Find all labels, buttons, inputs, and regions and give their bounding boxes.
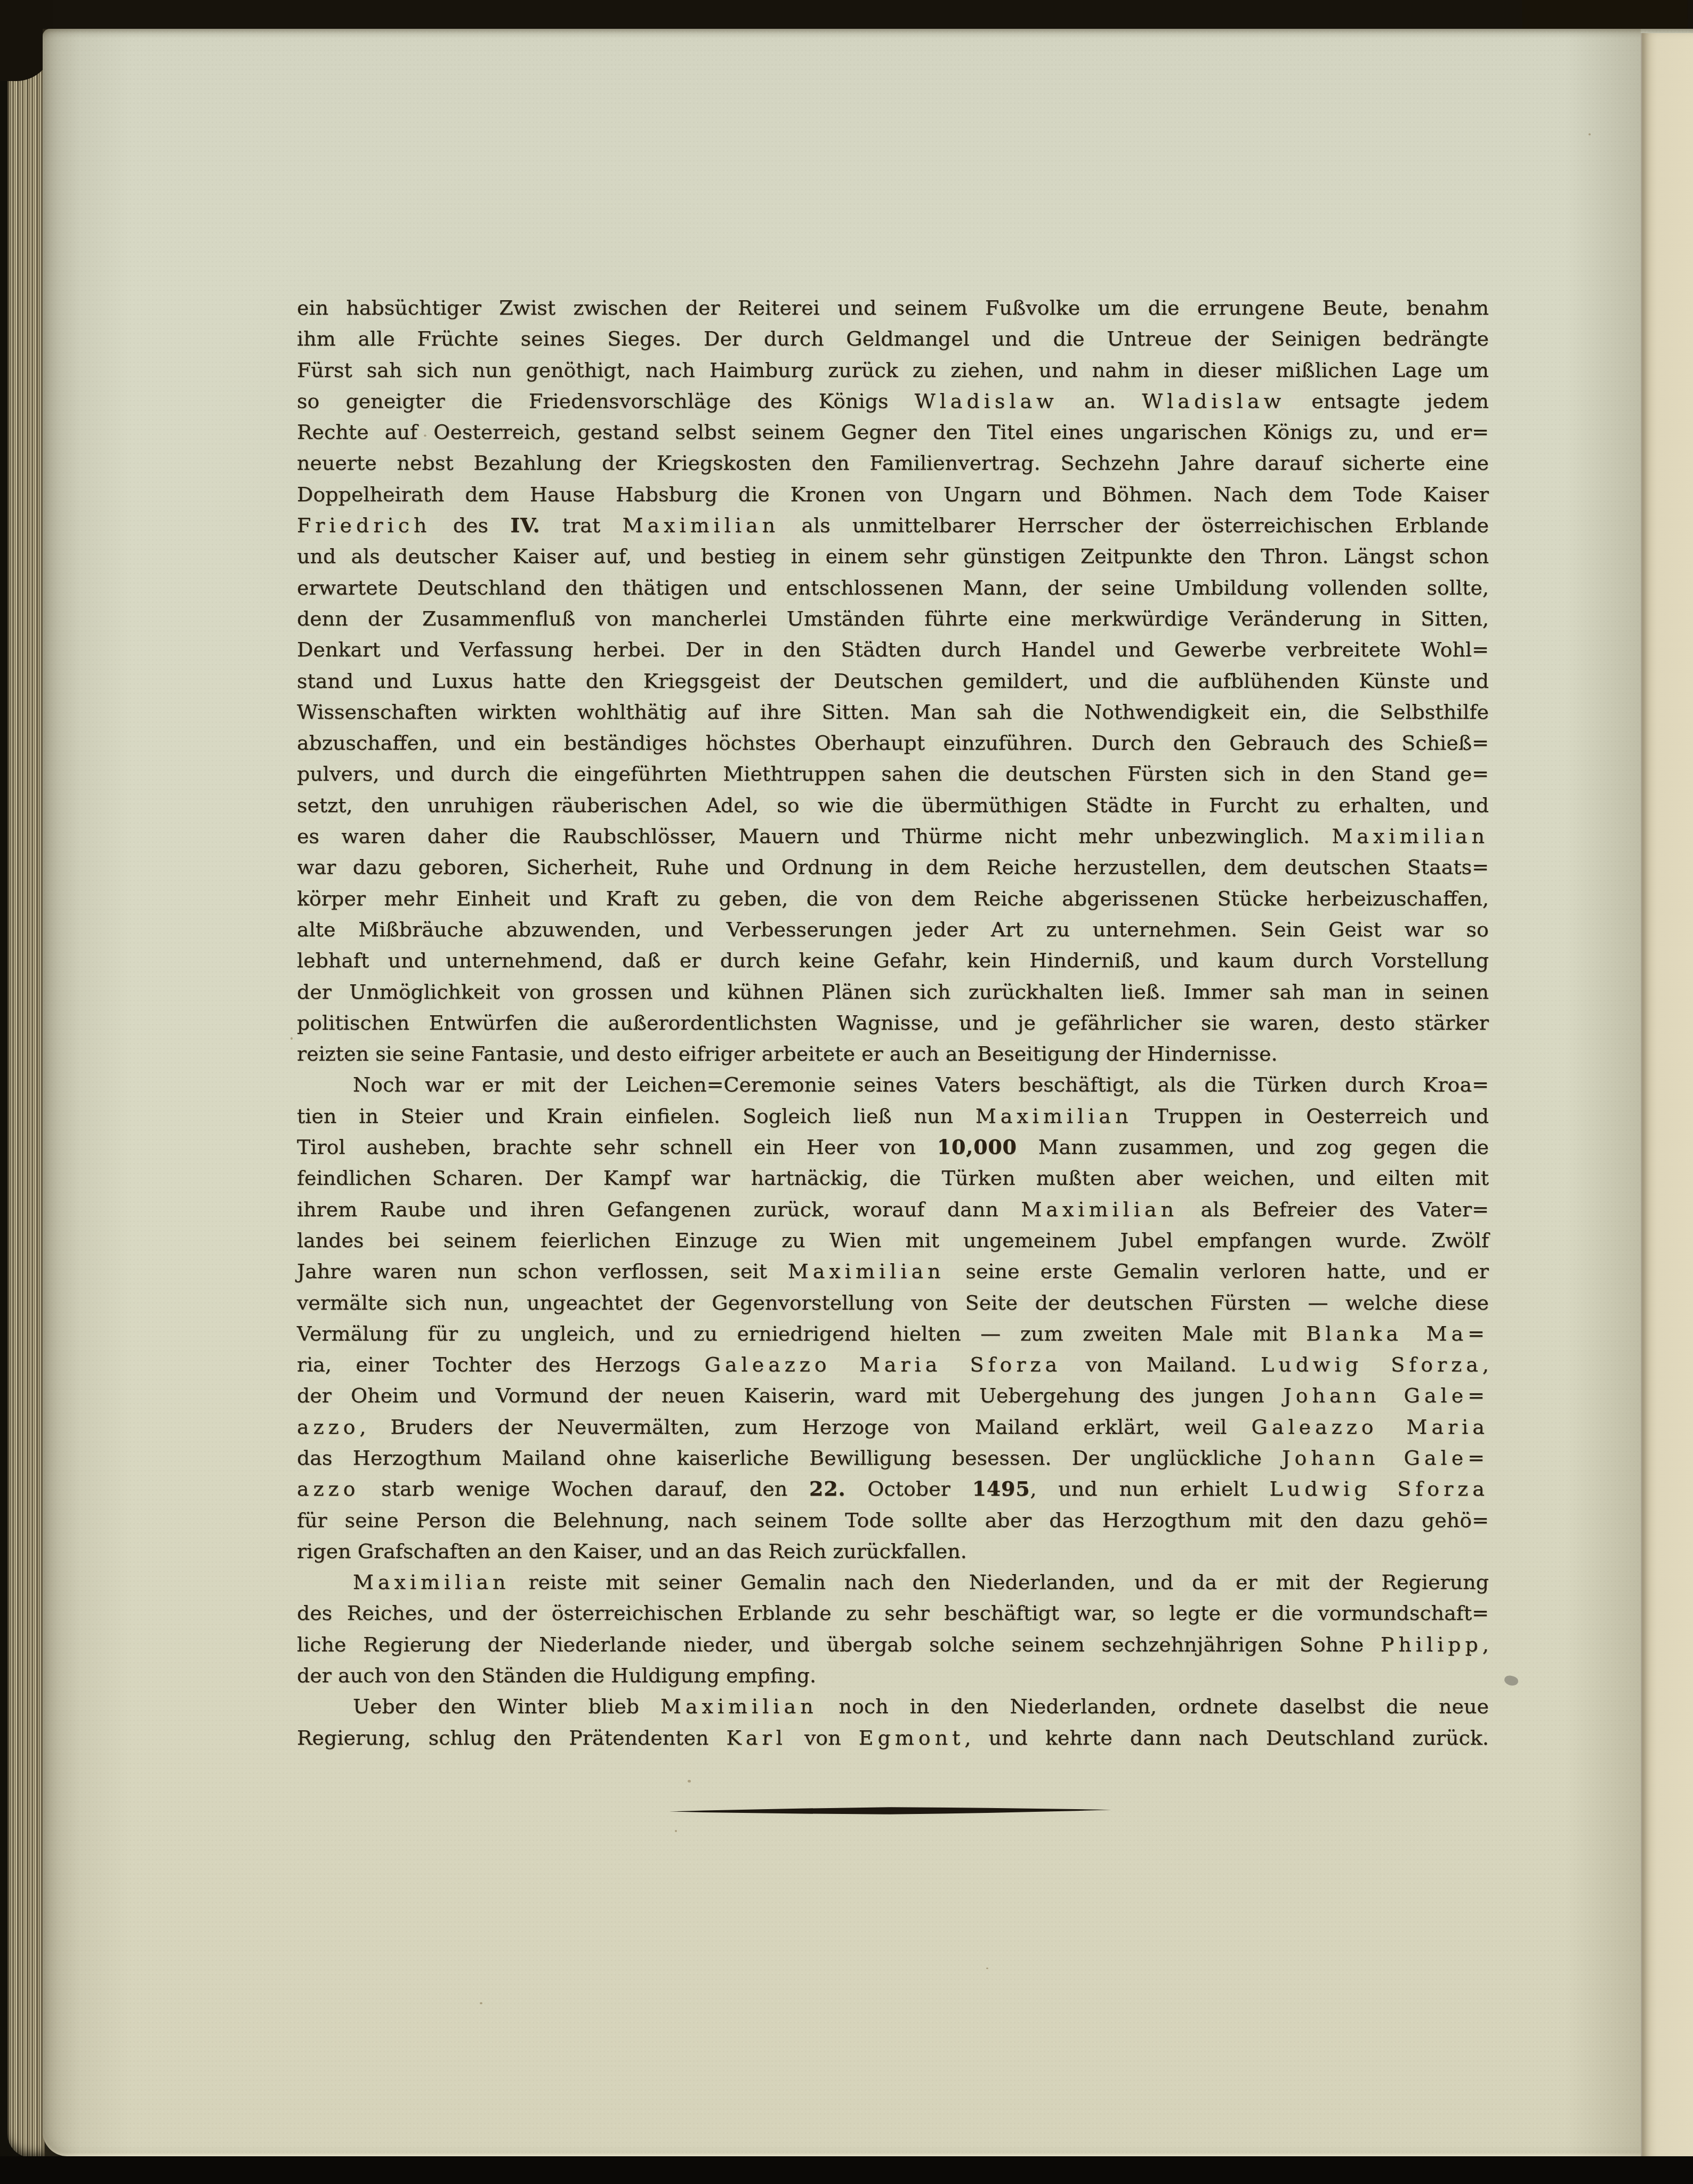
spaced-name: Maximilian <box>660 1695 818 1718</box>
text-line: körper mehr Einheit und Kraft zu geben, … <box>297 883 1489 914</box>
spaced-name: Galeazzo Maria <box>1252 1415 1489 1439</box>
spaced-name: Maximilian <box>788 1259 945 1283</box>
text-segment: neuerte nebst Bezahlung der Kriegskosten… <box>297 451 1489 475</box>
paper-speck <box>480 2002 482 2004</box>
text-line: ria, einer Tochter des Herzogs Galeazzo … <box>297 1349 1489 1380</box>
spaced-name: Wladislaw <box>915 389 1058 413</box>
text-segment: stand und Luxus hatte den Kriegsgeist de… <box>297 669 1489 693</box>
text-segment: abzuschaffen, und ein beständiges höchst… <box>297 731 1489 754</box>
antiqua-number: IV. <box>510 513 540 537</box>
text-segment: so geneigter die Friedensvorschläge des … <box>297 389 915 413</box>
spaced-name: Johann Gale= <box>1282 1446 1489 1470</box>
text-segment: landes bei seinem feierlichen Einzuge zu… <box>297 1228 1489 1252</box>
text-segment: für seine Person die Belehnung, nach sei… <box>297 1508 1489 1532</box>
text-line: abzuschaffen, und ein beständiges höchst… <box>297 727 1489 758</box>
paper-speck <box>1142 1146 1144 1149</box>
text-segment: von Mailand. <box>1061 1353 1261 1376</box>
text-line: azzo, Bruders der Neuvermälten, zum Herz… <box>297 1411 1489 1442</box>
text-segment: der Oheim und Vormund der neuen Kaiserin… <box>297 1384 1284 1407</box>
antiqua-number: 1495 <box>972 1476 1030 1500</box>
text-line: Regierung, schlug den Prätendenten Karl … <box>297 1722 1489 1753</box>
text-line: alte Mißbräuche abzuwenden, und Verbesse… <box>297 914 1489 945</box>
text-segment: , <box>1482 1633 1489 1656</box>
text-segment: October <box>845 1477 972 1500</box>
text-segment: starb wenige Wochen darauf, den <box>360 1477 810 1500</box>
page-curvature-shade <box>1566 29 1641 2156</box>
text-segment: rigen Grafschaften an den Kaiser, und an… <box>297 1539 967 1563</box>
text-segment: noch in den Niederlanden, ordnete daselb… <box>818 1695 1489 1718</box>
text-line: denn der Zusammenfluß von mancherlei Ums… <box>297 603 1489 634</box>
text-segment: setzt, den unruhigen räuberischen Adel, … <box>297 793 1489 817</box>
text-segment: feindlichen Scharen. Der Kampf war hartn… <box>297 1166 1489 1190</box>
text-line: tien in Steier und Krain einfielen. Sogl… <box>297 1101 1489 1131</box>
text-segment: erwartete Deutschland den thätigen und e… <box>297 576 1489 599</box>
text-segment: körper mehr Einheit und Kraft zu geben, … <box>297 887 1489 910</box>
text-line: Tirol ausheben, brachte sehr schnell ein… <box>297 1131 1489 1162</box>
text-line: Jahre waren nun schon verflossen, seit M… <box>297 1256 1489 1287</box>
text-line: Denkart und Verfassung herbei. Der in de… <box>297 634 1489 665</box>
spaced-name: Egmont <box>859 1726 965 1749</box>
text-segment: Fürst sah sich nun genöthigt, nach Haimb… <box>297 358 1489 382</box>
text-segment: alte Mißbräuche abzuwenden, und Verbesse… <box>297 918 1489 941</box>
book-page: ein habsüchtiger Zwist zwischen der Reit… <box>43 29 1693 2156</box>
text-line: landes bei seinem feierlichen Einzuge zu… <box>297 1225 1489 1256</box>
text-segment: entsagte jedem <box>1285 389 1489 413</box>
text-segment: als unmittelbarer Herrscher der österrei… <box>779 513 1489 537</box>
text-line: war dazu geboren, Sicherheit, Ruhe und O… <box>297 852 1489 882</box>
text-segment: des <box>431 513 510 537</box>
spaced-name: Ludwig Sforza <box>1261 1353 1482 1376</box>
text-segment: des Reiches, und der österreichischen Er… <box>297 1601 1489 1625</box>
text-segment: ria, einer Tochter des Herzogs <box>297 1353 705 1376</box>
text-segment: Jahre waren nun schon verflossen, seit <box>297 1259 788 1283</box>
paper-speck <box>688 1780 691 1782</box>
text-line: Rechte auf Oesterreich, gestand selbst s… <box>297 416 1489 447</box>
text-segment: denn der Zusammenfluß von mancherlei Ums… <box>297 607 1489 630</box>
text-segment: seine erste Gemalin verloren hatte, und … <box>945 1259 1489 1283</box>
paper-speck <box>1589 133 1591 135</box>
next-page-edge <box>1641 33 1693 2163</box>
text-segment: der auch von den Ständen die Huldigung e… <box>297 1664 816 1687</box>
text-line: ein habsüchtiger Zwist zwischen der Reit… <box>297 292 1489 323</box>
text-line: stand und Luxus hatte den Kriegsgeist de… <box>297 665 1489 696</box>
text-line: azzo starb wenige Wochen darauf, den 22.… <box>297 1473 1489 1504</box>
spaced-name: azzo <box>297 1477 360 1500</box>
paper-speck <box>1310 341 1312 343</box>
text-segment: Rechte auf Oesterreich, gestand selbst s… <box>297 420 1489 444</box>
antiqua-number: 22. <box>809 1476 845 1500</box>
text-line: politischen Entwürfen die außerordentlic… <box>297 1007 1489 1038</box>
text-segment: von <box>787 1726 859 1749</box>
text-segment: politischen Entwürfen die außerordentlic… <box>297 1011 1489 1034</box>
text-line: erwartete Deutschland den thätigen und e… <box>297 572 1489 603</box>
text-segment: Truppen in Oesterreich und <box>1132 1104 1489 1128</box>
text-segment: ein habsüchtiger Zwist zwischen der Reit… <box>297 296 1489 319</box>
spaced-name: azzo <box>297 1415 360 1439</box>
paper-speck <box>986 1968 988 1969</box>
text-segment: und als deutscher Kaiser auf, und bestie… <box>297 544 1489 568</box>
text-line: Ueber den Winter blieb Maximilian noch i… <box>297 1691 1489 1722</box>
text-line: Fürst sah sich nun genöthigt, nach Haimb… <box>297 355 1489 386</box>
text-segment: Wissenschaften wirkten wohlthätig auf ih… <box>297 700 1489 724</box>
spaced-name: Karl <box>727 1726 787 1749</box>
page-edge-stack <box>7 30 45 2157</box>
text-segment: , und nun erhielt <box>1030 1477 1269 1500</box>
text-segment: das Herzogthum Mailand ohne kaiserliche … <box>297 1446 1282 1470</box>
text-line: feindlichen Scharen. Der Kampf war hartn… <box>297 1162 1489 1193</box>
scan-background-bottom <box>0 2156 1693 2184</box>
paper-speck <box>675 1830 677 1832</box>
text-line: neuerte nebst Bezahlung der Kriegskosten… <box>297 447 1489 478</box>
text-line: Noch war er mit der Leichen=Ceremonie se… <box>297 1069 1489 1100</box>
gutter-shadow <box>43 29 133 2156</box>
page-text: ein habsüchtiger Zwist zwischen der Reit… <box>297 292 1489 1753</box>
text-segment: Denkart und Verfassung herbei. Der in de… <box>297 638 1489 661</box>
text-line: der Oheim und Vormund der neuen Kaiserin… <box>297 1380 1489 1411</box>
antiqua-number: 10,000 <box>937 1135 1017 1159</box>
text-line: der Unmöglichkeit von grossen und kühnen… <box>297 976 1489 1007</box>
text-line: des Reiches, und der österreichischen Er… <box>297 1597 1489 1628</box>
text-segment: Ueber den Winter blieb <box>353 1695 660 1718</box>
text-line: pulvers, und durch die eingeführten Miet… <box>297 758 1489 789</box>
text-segment: Doppelheirath dem Hause Habsburg die Kro… <box>297 483 1489 506</box>
text-line: für seine Person die Belehnung, nach sei… <box>297 1505 1489 1536</box>
text-line: Wissenschaften wirkten wohlthätig auf ih… <box>297 696 1489 727</box>
book-scan: ein habsüchtiger Zwist zwischen der Reit… <box>0 0 1693 2184</box>
spaced-name: Friedrich <box>297 513 431 537</box>
text-line: das Herzogthum Mailand ohne kaiserliche … <box>297 1442 1489 1473</box>
text-segment: lebhaft und unternehmend, daß er durch k… <box>297 949 1489 972</box>
spaced-name: Ludwig Sforza <box>1270 1477 1489 1500</box>
spaced-name: Maximilian <box>1332 824 1489 848</box>
text-line: liche Regierung der Niederlande nieder, … <box>297 1629 1489 1660</box>
spaced-name: Maximilian <box>623 513 780 537</box>
text-line: Friedrich des IV. trat Maximilian als un… <box>297 510 1489 541</box>
text-segment: reizten sie seine Fantasie, und desto ei… <box>297 1042 1278 1065</box>
text-segment: reiste mit seiner Gemalin nach den Niede… <box>510 1570 1489 1594</box>
spaced-name: Maximilian <box>1021 1198 1178 1221</box>
text-segment: liche Regierung der Niederlande nieder, … <box>297 1633 1381 1656</box>
text-line: vermälte sich nun, ungeachtet der Gegenv… <box>297 1287 1489 1318</box>
text-line: reizten sie seine Fantasie, und desto ei… <box>297 1038 1489 1069</box>
text-line: ihrem Raube und ihren Gefangenen zurück,… <box>297 1194 1489 1225</box>
text-segment: Regierung, schlug den Prätendenten <box>297 1726 727 1749</box>
text-line: Maximilian reiste mit seiner Gemalin nac… <box>297 1567 1489 1597</box>
text-segment: als Befreier des Vater= <box>1178 1198 1489 1221</box>
spaced-name: Galeazzo Maria Sforza <box>705 1353 1062 1376</box>
text-segment: pulvers, und durch die eingeführten Miet… <box>297 762 1489 785</box>
text-segment: tien in Steier und Krain einfielen. Sogl… <box>297 1104 976 1128</box>
scan-background-top <box>0 0 1693 30</box>
spaced-name: Maximilian <box>353 1570 510 1594</box>
text-line: rigen Grafschaften an den Kaiser, und an… <box>297 1536 1489 1567</box>
text-segment: Noch war er mit der Leichen=Ceremonie se… <box>353 1073 1489 1096</box>
text-line: Vermälung für zu ungleich, und zu ernied… <box>297 1318 1489 1349</box>
text-line: es waren daher die Raubschlösser, Mauern… <box>297 821 1489 852</box>
text-line: ihm alle Früchte seines Sieges. Der durc… <box>297 323 1489 354</box>
text-segment: Tirol ausheben, brachte sehr schnell ein… <box>297 1135 937 1159</box>
spaced-name: Blanka Ma= <box>1306 1322 1489 1345</box>
text-line: setzt, den unruhigen räuberischen Adel, … <box>297 790 1489 821</box>
spaced-name: Philipp <box>1381 1633 1482 1656</box>
spaced-name: Wladislaw <box>1142 389 1285 413</box>
text-segment: trat <box>541 513 623 537</box>
text-segment: , <box>1482 1353 1489 1376</box>
paper-speck <box>352 1333 353 1335</box>
text-segment: , Bruders der Neuvermälten, zum Herzoge … <box>360 1415 1252 1439</box>
text-segment: der Unmöglichkeit von grossen und kühnen… <box>297 980 1489 1003</box>
spaced-name: Johann Gale= <box>1284 1384 1489 1407</box>
text-segment: es waren daher die Raubschlösser, Mauern… <box>297 824 1332 848</box>
text-segment: ihrem Raube und ihren Gefangenen zurück,… <box>297 1198 1021 1221</box>
text-line: Doppelheirath dem Hause Habsburg die Kro… <box>297 479 1489 510</box>
ink-smudge <box>1503 1674 1519 1687</box>
text-line: der auch von den Ständen die Huldigung e… <box>297 1660 1489 1691</box>
text-line: so geneigter die Friedensvorschläge des … <box>297 386 1489 416</box>
section-divider-rule <box>669 1805 1111 1817</box>
text-segment: ihm alle Früchte seines Sieges. Der durc… <box>297 327 1489 350</box>
text-segment: Mann zusammen, und zog gegen die <box>1017 1135 1489 1159</box>
text-line: und als deutscher Kaiser auf, und bestie… <box>297 541 1489 572</box>
text-line: lebhaft und unternehmend, daß er durch k… <box>297 945 1489 976</box>
text-segment: vermälte sich nun, ungeachtet der Gegenv… <box>297 1291 1489 1314</box>
paper-speck <box>424 435 426 437</box>
text-segment: , und kehrte dann nach Deutschland zurüc… <box>964 1726 1489 1749</box>
text-segment: an. <box>1058 389 1142 413</box>
paper-speck <box>291 1037 293 1040</box>
text-segment: war dazu geboren, Sicherheit, Ruhe und O… <box>297 855 1489 879</box>
text-segment: Vermälung für zu ungleich, und zu ernied… <box>297 1322 1306 1345</box>
spaced-name: Maximilian <box>976 1104 1133 1128</box>
